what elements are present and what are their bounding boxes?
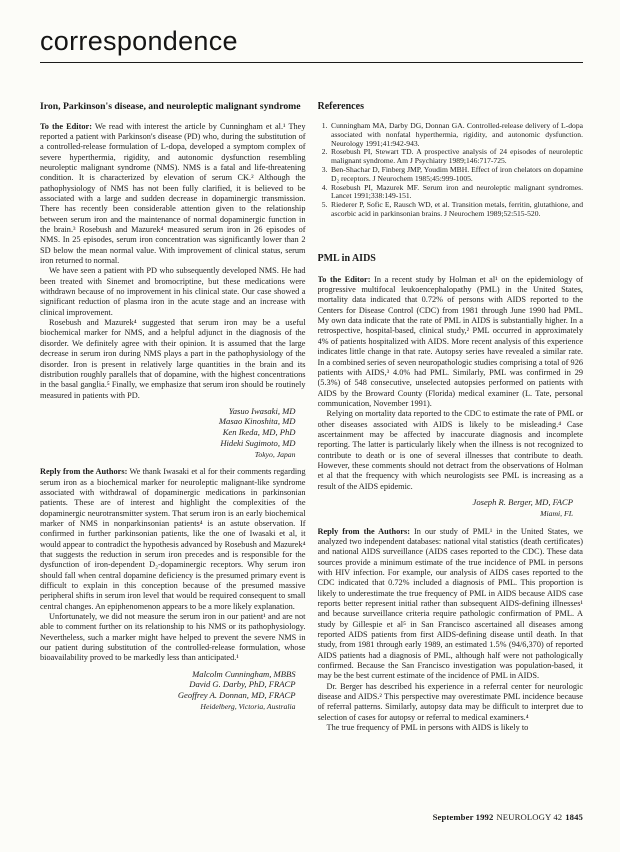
- signature-location: Heidelberg, Victoria, Australia: [40, 702, 296, 712]
- reply-lead: Reply from the Authors:: [40, 467, 127, 476]
- reference-item: 2. Rosebush PI, Stewart TD. A prospectiv…: [318, 148, 584, 166]
- footer-issue: September 1992: [433, 812, 494, 822]
- reference-text: Rosebush PI, Mazurek MF. Serum iron and …: [331, 184, 583, 202]
- paragraph: The true frequency of PML in persons wit…: [318, 723, 584, 733]
- reference-item: 4. Rosebush PI, Mazurek MF. Serum iron a…: [318, 184, 584, 202]
- paragraph: Rosebush and Mazurek⁴ suggested that ser…: [40, 318, 306, 401]
- paragraph: Reply from the Authors: We thank Iwasaki…: [40, 467, 306, 612]
- paragraph: Unfortunately, we did not measure the se…: [40, 612, 306, 664]
- paragraph: Relying on mortality data reported to th…: [318, 409, 584, 492]
- page-title: correspondence: [40, 26, 238, 57]
- signature-line: Geoffrey A. Donnan, MD, FRACP: [40, 690, 296, 701]
- footer-journal: NEUROLOGY 42: [496, 812, 562, 822]
- signature-block: Joseph R. Berger, MD, FACP Miami, FL: [318, 497, 574, 519]
- column-left: Iron, Parkinson's disease, and neurolept…: [40, 95, 306, 811]
- to-the-editor-lead: To the Editor:: [40, 122, 92, 131]
- reply-lead: Reply from the Authors:: [318, 527, 410, 536]
- reference-number: 3.: [318, 166, 328, 184]
- reference-item: 3. Ben-Shachar D, Finberg JMP, Youdim MB…: [318, 166, 584, 184]
- references-heading: References: [318, 101, 584, 113]
- journal-page: correspondence Iron, Parkinson's disease…: [0, 0, 620, 852]
- signature-line: Hideki Sugimoto, MD: [40, 438, 296, 449]
- signature-line: David G. Darby, PhD, FRACP: [40, 679, 296, 690]
- two-column-layout: Iron, Parkinson's disease, and neurolept…: [40, 95, 583, 811]
- letter1-title: Iron, Parkinson's disease, and neurolept…: [40, 101, 306, 113]
- reference-number: 2.: [318, 148, 328, 166]
- to-the-editor-lead: To the Editor:: [318, 275, 371, 284]
- reference-item: 5. Riederer P, Sofic E, Rausch WD, et al…: [318, 201, 584, 219]
- letter2-title: PML in AIDS: [318, 253, 584, 265]
- reference-item: 1. Cunningham MA, Darby DG, Donnan GA. C…: [318, 122, 584, 148]
- reference-text: Riederer P, Sofic E, Rausch WD, et al. T…: [331, 201, 583, 219]
- signature-line: Joseph R. Berger, MD, FACP: [318, 497, 574, 508]
- signature-line: Masao Kinoshita, MD: [40, 416, 296, 427]
- reference-text: Rosebush PI, Stewart TD. A prospective a…: [331, 148, 583, 166]
- reference-number: 5.: [318, 201, 328, 219]
- reference-number: 1.: [318, 122, 328, 148]
- signature-location: Tokyo, Japan: [40, 450, 296, 460]
- signature-line: Malcolm Cunningham, MBBS: [40, 669, 296, 680]
- paragraph: To the Editor: In a recent study by Holm…: [318, 275, 584, 409]
- reference-text: Cunningham MA, Darby DG, Donnan GA. Cont…: [331, 122, 583, 148]
- page-footer: September 1992NEUROLOGY 421845: [430, 812, 583, 822]
- references-list: 1. Cunningham MA, Darby DG, Donnan GA. C…: [318, 122, 584, 219]
- paragraph: Dr. Berger has described his experience …: [318, 682, 584, 723]
- paragraph: To the Editor: We read with interest the…: [40, 122, 306, 267]
- column-right: References 1. Cunningham MA, Darby DG, D…: [318, 95, 584, 811]
- header-rule: [40, 62, 583, 63]
- paragraph: We have seen a patient with PD who subse…: [40, 266, 306, 318]
- paragraph: Reply from the Authors: In our study of …: [318, 527, 584, 682]
- signature-location: Miami, FL: [318, 509, 574, 519]
- paragraph-text: We read with interest the article by Cun…: [40, 122, 306, 265]
- signature-block: Malcolm Cunningham, MBBS David G. Darby,…: [40, 669, 296, 712]
- paragraph-text: We thank Iwasaki et al for their comment…: [40, 467, 306, 610]
- reference-number: 4.: [318, 184, 328, 202]
- paragraph-text: In our study of PML¹ in the United State…: [318, 527, 584, 681]
- signature-line: Yasuo Iwasaki, MD: [40, 406, 296, 417]
- reference-text: Ben-Shachar D, Finberg JMP, Youdim MBH. …: [331, 166, 583, 184]
- signature-block: Yasuo Iwasaki, MD Masao Kinoshita, MD Ke…: [40, 406, 296, 459]
- paragraph-text: In a recent study by Holman et al¹ on th…: [318, 275, 584, 408]
- signature-line: Ken Ikeda, MD, PhD: [40, 427, 296, 438]
- footer-page-number: 1845: [565, 812, 583, 822]
